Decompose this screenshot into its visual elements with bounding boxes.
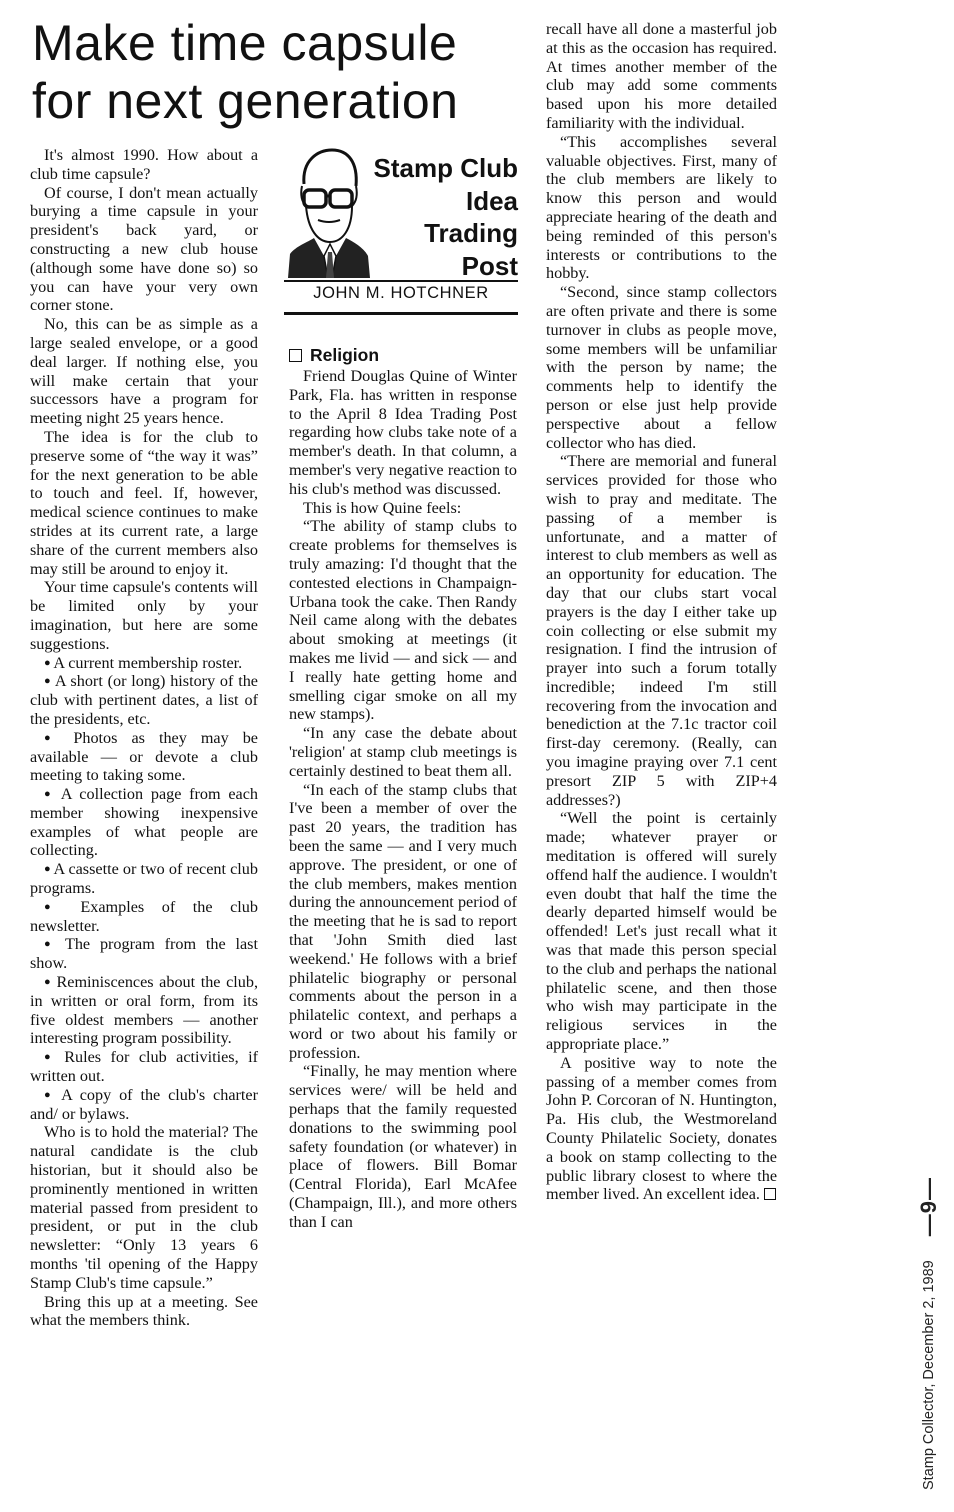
paragraph: Of course, I don't mean actually burying… bbox=[30, 184, 258, 316]
article-column-3: recall have all done a masterful job at … bbox=[546, 20, 777, 1204]
section-heading-religion: Religion bbox=[289, 344, 517, 366]
suggestion-bullet: Photos as they may be available — or dev… bbox=[30, 729, 258, 785]
suggestion-bullet: The program from the last show. bbox=[30, 935, 258, 973]
suggestion-bullet: A copy of the club's charter and/ or byl… bbox=[30, 1086, 258, 1124]
paragraph: “In each of the stamp clubs that I've be… bbox=[289, 781, 517, 1063]
headline-line-1: Make time capsule bbox=[32, 15, 457, 71]
paragraph: “The ability of stamp clubs to create pr… bbox=[289, 517, 517, 724]
end-of-article-box-icon bbox=[764, 1188, 776, 1200]
column-logo: Stamp Club Idea Trading Post JOHN M. HOT… bbox=[284, 140, 520, 320]
divider-rule bbox=[284, 280, 518, 282]
paragraph: “This accomplishes several valuable obje… bbox=[546, 133, 777, 283]
headline-line-2: for next generation bbox=[32, 73, 458, 129]
article-column-2: Religion Friend Douglas Quine of Winter … bbox=[289, 344, 517, 1232]
paragraph-final: A positive way to note the passing of a … bbox=[546, 1054, 777, 1204]
article-column-1: It's almost 1990. How about a club time … bbox=[30, 146, 258, 1330]
paragraph: Bring this up at a meeting. See what the… bbox=[30, 1293, 258, 1331]
paragraph: The idea is for the club to preserve som… bbox=[30, 428, 258, 578]
author-byline: JOHN M. HOTCHNER bbox=[284, 284, 518, 303]
paragraph: It's almost 1990. How about a club time … bbox=[30, 146, 258, 184]
page-number: —9— bbox=[916, 1177, 942, 1236]
paragraph: “Well the point is certainly made; whate… bbox=[546, 809, 777, 1053]
section-title: Religion bbox=[310, 344, 379, 366]
paragraph: “In any case the debate about 'religion'… bbox=[289, 724, 517, 780]
paragraph: “There are memorial and funeral services… bbox=[546, 452, 777, 809]
suggestion-bullet: A collection page from each member showi… bbox=[30, 785, 258, 860]
column-title: Stamp Club Idea Trading Post bbox=[374, 152, 518, 282]
divider-rule bbox=[284, 312, 518, 315]
page-folio: Stamp Collector, December 2, 1989 —9— bbox=[916, 1177, 942, 1490]
columnist-portrait-icon bbox=[284, 146, 370, 278]
suggestion-bullet: Rules for club activities, if written ou… bbox=[30, 1048, 258, 1086]
headline: Make time capsule for next generation bbox=[32, 14, 532, 130]
paragraph: “Second, since stamp collectors are ofte… bbox=[546, 283, 777, 452]
publication-date-line: Stamp Collector, December 2, 1989 bbox=[921, 1260, 937, 1490]
paragraph: Your time capsule's contents will be lim… bbox=[30, 578, 258, 653]
suggestion-bullet: A cassette or two of recent club program… bbox=[30, 860, 258, 898]
section-box-icon bbox=[289, 349, 302, 362]
suggestion-bullet: A current membership roster. bbox=[30, 654, 258, 673]
paragraph-continuation: recall have all done a masterful job at … bbox=[546, 20, 777, 133]
suggestion-bullet: A short (or long) history of the club wi… bbox=[30, 672, 258, 728]
paragraph: Who is to hold the material? The natural… bbox=[30, 1123, 258, 1292]
paragraph: This is how Quine feels: bbox=[289, 499, 517, 518]
paragraph: Friend Douglas Quine of Winter Park, Fla… bbox=[289, 367, 517, 499]
paragraph: “Finally, he may mention where services … bbox=[289, 1062, 517, 1231]
suggestion-bullet: Reminiscences about the club, in written… bbox=[30, 973, 258, 1048]
paragraph: No, this can be as simple as a large sea… bbox=[30, 315, 258, 428]
suggestion-bullet: Examples of the club newsletter. bbox=[30, 898, 258, 936]
